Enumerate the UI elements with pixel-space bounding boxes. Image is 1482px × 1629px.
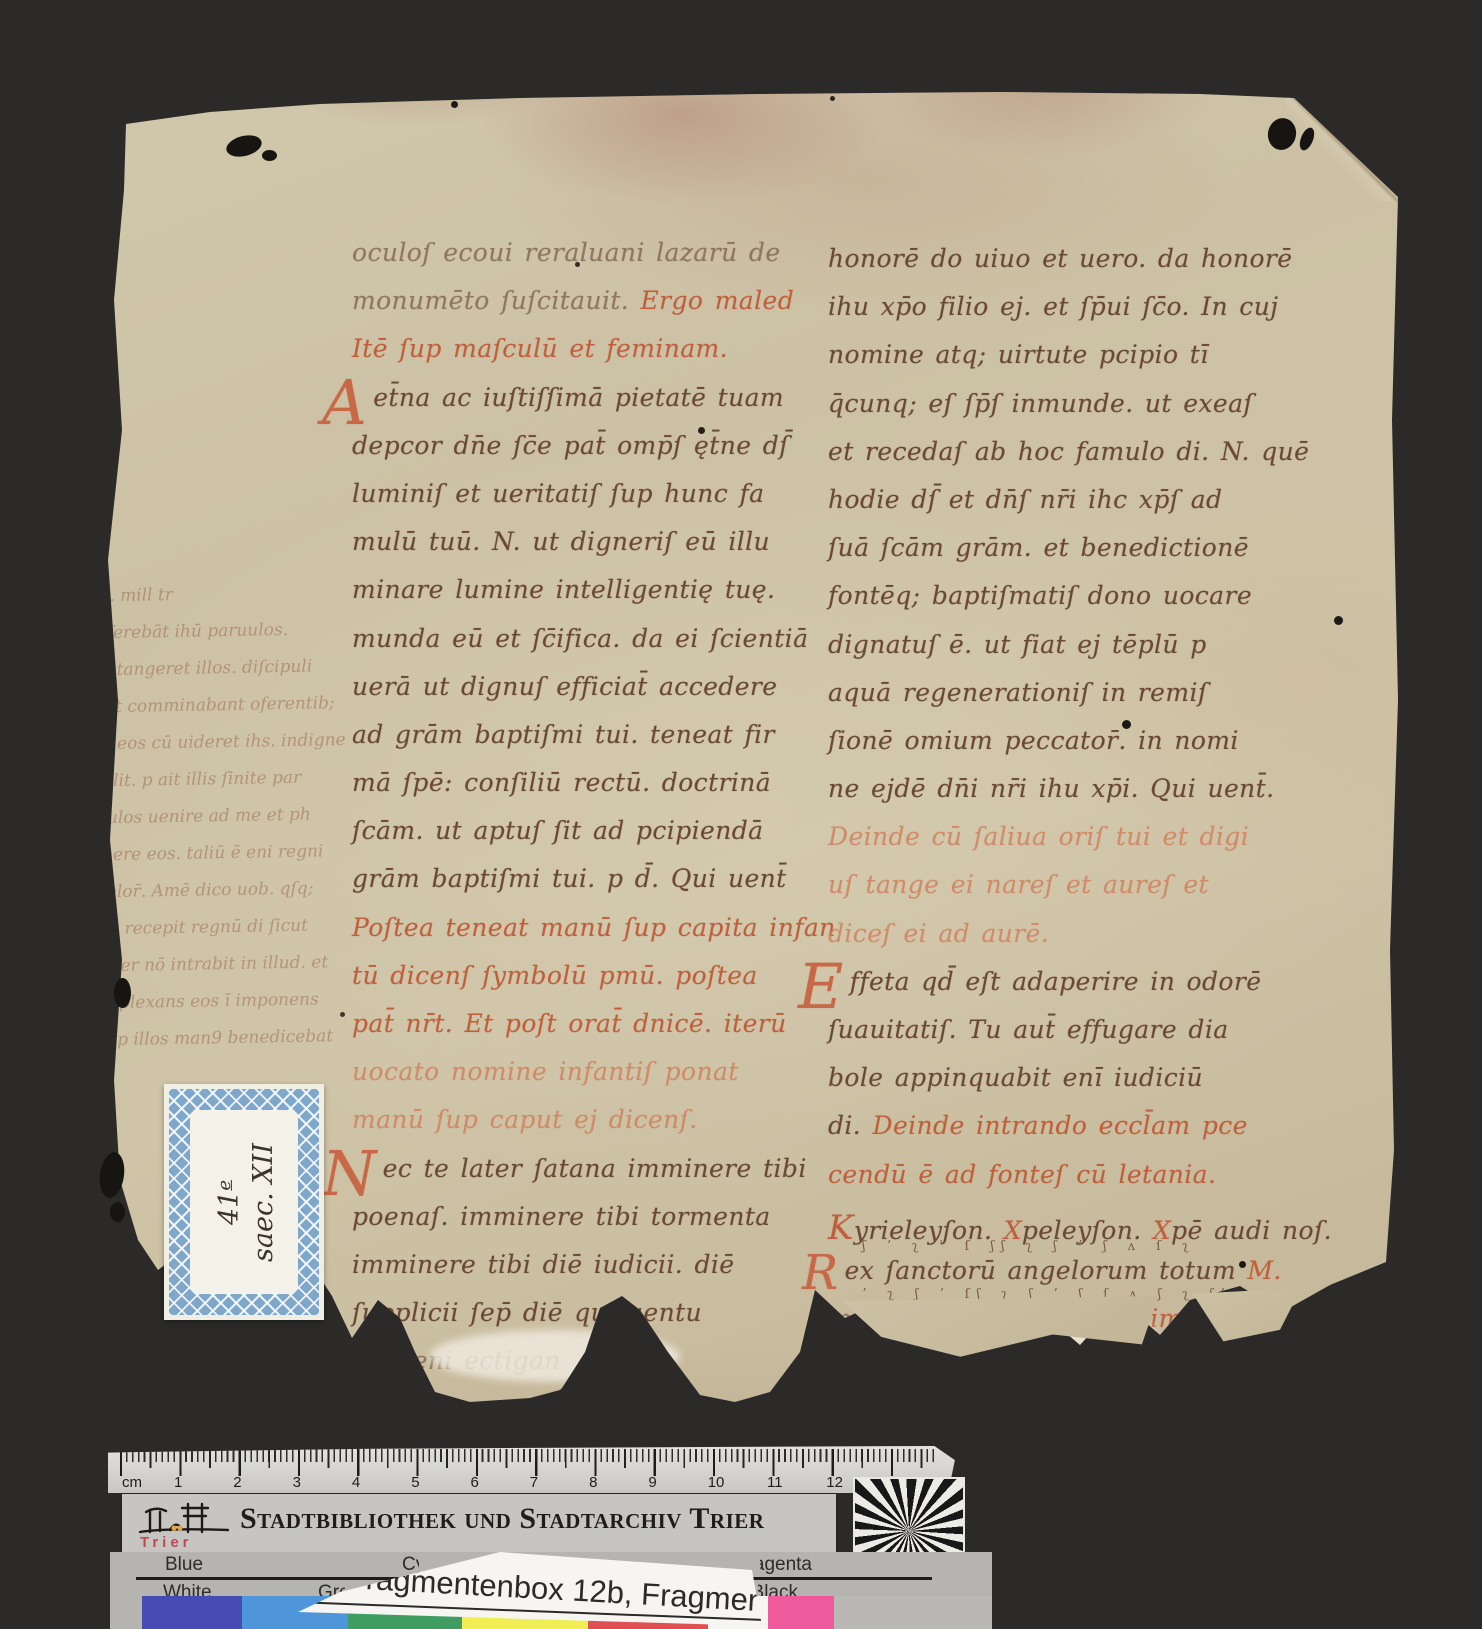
cc-word-blue: Blue bbox=[165, 1554, 203, 1576]
margin-line: tulit. p ait illis ſinite par bbox=[95, 759, 366, 801]
manuscript-text-span: dignatuſ ē. ut fiat ej tēplū p bbox=[828, 630, 1207, 659]
manuscript-text-span: uſ tange ei nareſ et aureſ et bbox=[828, 870, 1209, 899]
manuscript-text-span: pat̄ nr̄t. Et poſt orat̄ dnicē. iterū bbox=[352, 1009, 787, 1038]
rubricated-initial: A bbox=[322, 388, 367, 418]
manuscript-text-span: oculoſ ecoui reraluani lazarū de bbox=[352, 238, 781, 267]
margin-line: cōplexans eos ī imponens bbox=[99, 981, 370, 1023]
manuscript-line: depcor dn̄e ſc̄e pat̄ omp̄ſ ęt̄ne dſ̄ bbox=[352, 431, 812, 479]
color-swatch bbox=[768, 1596, 834, 1629]
abrasion-patch bbox=[430, 1330, 680, 1382]
margin-line: ibere eos. taliū ē eni regni bbox=[96, 833, 367, 875]
ruler-unit-label: cm bbox=[122, 1474, 142, 1491]
manuscript-text-span: ſionē omium peccator̄. in nomi bbox=[828, 726, 1239, 755]
manuscript-text-span: ffeta qd̄ eſt adaperire in odorē bbox=[850, 967, 1262, 996]
manuscript-text-span: mā ſpē: conſiliū rectū. doctrinā bbox=[352, 768, 771, 797]
manuscript-text-span: et̄na ac iuſtiſſimā pietatē tuam bbox=[373, 383, 784, 412]
library-logo-icon bbox=[136, 1498, 232, 1538]
parchment-fragment: ſil. mill trOferebāt ihū paruulos.ut tan… bbox=[0, 0, 1482, 1629]
manuscript-text-span: Itē ſup maſculū et feminam. bbox=[352, 334, 728, 363]
manuscript-text-span: Deinde cū ſaliua oriſ tui et digi bbox=[828, 822, 1249, 851]
cc-word-cyan: Cyan bbox=[402, 1554, 419, 1576]
scale-ruler: cm 12345678910111213 bbox=[108, 1446, 960, 1493]
ruler-ticks bbox=[120, 1449, 934, 1462]
manuscript-line: grām baptiſmi tui. p d̄. Qui uent̄ bbox=[352, 864, 812, 912]
ink-blob bbox=[110, 1202, 125, 1222]
manuscript-line: et recedaſ ab hoc famulo di. N. quē bbox=[828, 437, 1308, 485]
manuscript-line: cendū ē ad fonteſ cū letania. bbox=[828, 1160, 1308, 1208]
ruler-number: 7 bbox=[530, 1474, 538, 1491]
manuscript-text-span: poenaſ. imminere tibi tormenta bbox=[352, 1202, 771, 1231]
manuscript-line: manū ſup caput ej dicenſ. bbox=[352, 1105, 812, 1153]
manuscript-text-span: ſupplicii ſep̄ diē qui uentu bbox=[352, 1298, 702, 1327]
manuscript-line: diceſ ei ad aurē. bbox=[828, 919, 1308, 967]
ink-specks bbox=[0, 0, 5, 5]
manuscript-line: ihu xp̄o filio ej. et ſp̄ui ſc̄o. In cuj bbox=[828, 292, 1308, 340]
cc-word-magenta: Magenta bbox=[760, 1554, 812, 1576]
manuscript-line: mulū tuū. N. ut digneriſ eū illu bbox=[352, 527, 812, 575]
logo-trier-word: Trier bbox=[140, 1534, 193, 1551]
manuscript-line: uſ tange ei nareſ et aureſ et bbox=[828, 870, 1308, 918]
ruler-number: 1 bbox=[174, 1474, 182, 1491]
manuscript-line: ſcām. ut aptuſ ſit ad pcipiendā bbox=[352, 816, 812, 864]
manuscript-text-span: uerā ut dignuſ efficiat̄ accedere bbox=[352, 672, 777, 701]
manuscript-text-span: ec te later ſatana imminere tibi bbox=[383, 1154, 807, 1183]
ruler-number: 10 bbox=[708, 1474, 725, 1491]
manuscript-text-span: honorē do uiuo et uero. da honorē bbox=[828, 244, 1292, 273]
margin-line: cęlor̄. Amē dico uob. qſq; bbox=[97, 870, 368, 912]
torn-flap bbox=[835, 1296, 1165, 1358]
manuscript-line: pat̄ nr̄t. Et poſt orat̄ dnicē. iterū bbox=[352, 1009, 812, 1057]
manuscript-text-span: depcor dn̄e ſc̄e pat̄ omp̄ſ ęt̄ne dſ̄ bbox=[352, 431, 789, 460]
manuscript-line: Aet̄na ac iuſtiſſimā pietatē tuam bbox=[352, 383, 812, 431]
library-title: Stadtbibliothek und Stadtarchiv Trier bbox=[240, 1502, 826, 1536]
rubricated-initial: E bbox=[798, 972, 844, 1002]
margin-line: at eos cū uideret ihs. indigne bbox=[94, 722, 365, 764]
manuscript-line: oculoſ ecoui reraluani lazarū de bbox=[352, 238, 812, 286]
ruler-number: 4 bbox=[352, 1474, 360, 1491]
manuscript-text-span: K bbox=[828, 1208, 854, 1248]
manuscript-line: Deinde cū ſaliua oriſ tui et digi bbox=[828, 822, 1308, 870]
rubricated-initial: N bbox=[322, 1159, 377, 1189]
margin-line: nō recepit regnū di ſicut bbox=[98, 907, 369, 949]
manuscript-line: ad grām baptiſmi tui. teneat fir bbox=[352, 720, 812, 768]
margin-line: Oferebāt ihū paruulos. bbox=[92, 611, 363, 653]
manuscript-line: bole appinquabit enī iudiciū bbox=[828, 1063, 1308, 1111]
manuscript-text-span: ſuā ſcām grām. et benedictionē bbox=[828, 533, 1249, 562]
color-swatch bbox=[142, 1596, 242, 1629]
manuscript-text-span: ihu xp̄o filio ej. et ſp̄ui ſc̄o. In cuj bbox=[828, 292, 1278, 321]
photo-of-manuscript-fragment: ſil. mill trOferebāt ihū paruulos.ut tan… bbox=[0, 0, 1482, 1629]
manuscript-text-span: monumēto ſuſcitauit. bbox=[352, 286, 641, 315]
manuscript-line: Nec te later ſatana imminere tibi bbox=[352, 1154, 812, 1202]
margin-line: ſil. mill tr bbox=[92, 574, 363, 616]
manuscript-line: ne ejdē dn̄i nr̄i ihu xp̄i. Qui uent̄. bbox=[828, 774, 1308, 822]
manuscript-text-span: ad grām baptiſmi tui. teneat fir bbox=[352, 720, 775, 749]
manuscript-line: honorē do uiuo et uero. da honorē bbox=[828, 244, 1308, 292]
manuscript-text-span: ſcām. ut aptuſ ſit ad pcipiendā bbox=[352, 816, 763, 845]
torn-flap bbox=[1188, 1288, 1306, 1346]
ruler-number: 3 bbox=[293, 1474, 301, 1491]
manuscript-text-span: grām baptiſmi tui. p d̄. Qui uent̄ bbox=[352, 864, 787, 893]
manuscript-line: dignatuſ ē. ut fiat ej tēplū p bbox=[828, 630, 1308, 678]
manuscript-text-span: aquā regenerationiſ in remiſ bbox=[828, 678, 1208, 707]
margin-annotation: ſil. mill trOferebāt ihū paruulos.ut tan… bbox=[92, 574, 370, 1060]
manuscript-line: uerā ut dignuſ efficiat̄ accedere bbox=[352, 672, 812, 720]
manuscript-text-span: bole appinquabit enī iudiciū bbox=[828, 1063, 1203, 1092]
manuscript-line: Itē ſup maſculū et feminam. bbox=[352, 334, 812, 382]
manuscript-line: ſionē omium peccator̄. in nomi bbox=[828, 726, 1308, 774]
color-swatch bbox=[834, 1596, 992, 1629]
margin-line: ſup illos man9 benedicebat bbox=[100, 1018, 371, 1060]
margin-line: ut tangeret illos. diſcipuli bbox=[93, 648, 364, 690]
rubricated-initial: R bbox=[802, 1258, 839, 1288]
manuscript-text-span: hodie dſ̄ et dn̄ſ nr̄i ihc xp̄ſ ad bbox=[828, 485, 1222, 514]
margin-line: puer nō intrabit in illud. et bbox=[98, 944, 369, 986]
manuscript-text-span: ex ſanctorū angelorum totum bbox=[845, 1256, 1237, 1285]
ruler-number: 6 bbox=[471, 1474, 479, 1491]
ruler-number: 8 bbox=[589, 1474, 597, 1491]
manuscript-line: Poſtea teneat manū ſup capita infan bbox=[352, 913, 812, 961]
manuscript-text-span: et recedaſ ab hoc famulo di. N. quē bbox=[828, 437, 1309, 466]
manuscript-text-span: cendū ē ad fonteſ cū letania. bbox=[828, 1160, 1216, 1189]
manuscript-line: minare lumine intelligentię tuę. bbox=[352, 575, 812, 623]
manuscript-text-span: Deinde intrando eccl̄am pce bbox=[873, 1111, 1248, 1140]
manuscript-text-span: q̄cunq; eſ ſp̄ſ inmunde. ut exeaſ bbox=[828, 389, 1253, 418]
manuscript-line: di. Deinde intrando eccl̄am pce bbox=[828, 1111, 1308, 1159]
manuscript-text-span: uocato nomine infantiſ ponat bbox=[352, 1057, 739, 1086]
manuscript-text-span: M. bbox=[1236, 1256, 1282, 1285]
manuscript-text-span: mulū tuū. N. ut digneriſ eū illu bbox=[352, 527, 770, 556]
manuscript-line: poenaſ. imminere tibi tormenta bbox=[352, 1202, 812, 1250]
manuscript-text-span: Poſtea teneat manū ſup capita infan bbox=[352, 913, 836, 942]
ruler-number: 11 bbox=[767, 1474, 783, 1491]
manuscript-line: mā ſpē: conſiliū rectū. doctrinā bbox=[352, 768, 812, 816]
manuscript-line: monumēto ſuſcitauit. Ergo maled bbox=[352, 286, 812, 334]
manuscript-column-right: honorē do uiuo et uero. da honorēihu xp̄… bbox=[828, 244, 1308, 1352]
shelfmark-suffix: e bbox=[214, 1180, 235, 1191]
manuscript-line: aquā regenerationiſ in remiſ bbox=[828, 678, 1308, 726]
shelfmark-era: saec. XII bbox=[248, 1143, 279, 1262]
manuscript-line: q̄cunq; eſ ſp̄ſ inmunde. ut exeaſ bbox=[828, 389, 1308, 437]
archival-sticker: 41e saec. XII bbox=[164, 1084, 324, 1320]
manuscript-text-span: minare lumine intelligentię tuę. bbox=[352, 575, 775, 604]
manuscript-text-span: tū dicenſ ſymbolū pmū. poſtea bbox=[352, 961, 758, 990]
manuscript-text-span: Ergo maled bbox=[641, 286, 795, 315]
color-swatch bbox=[110, 1596, 142, 1629]
musical-neumes: ʃ ʼ ʅ ʾ ſ ʃʃ ʅ ʃ ʼ ʃ ʌ ſ ʅ bbox=[862, 1239, 1195, 1254]
ruler-number: 5 bbox=[411, 1474, 419, 1491]
manuscript-line: tū dicenſ ſymbolū pmū. poſtea bbox=[352, 961, 812, 1009]
library-label: Trier Stadtbibliothek und Stadtarchiv Tr… bbox=[122, 1494, 836, 1554]
sticker-center: 41e saec. XII bbox=[190, 1110, 298, 1294]
ruler-number: 12 bbox=[826, 1474, 843, 1491]
manuscript-line: uocato nomine infantiſ ponat bbox=[352, 1057, 812, 1105]
manuscript-text-span: imminere tibi diē iudicii. diē bbox=[352, 1250, 735, 1279]
manuscript-line: ſuauitatiſ. Tu aut̄ effugare dia bbox=[828, 1015, 1308, 1063]
manuscript-column-left: oculoſ ecoui reraluani lazarū demonumēto… bbox=[352, 238, 812, 1395]
manuscript-line: imminere tibi diē iudicii. diē bbox=[352, 1250, 812, 1298]
manuscript-text-span: diceſ ei ad aurē. bbox=[828, 919, 1049, 948]
manuscript-line: ſuā ſcām grām. et benedictionē bbox=[828, 533, 1308, 581]
manuscript-text-span: luminiſ et ueritatiſ ſup hunc fa bbox=[352, 479, 764, 508]
manuscript-text-span: manū ſup caput ej dicenſ. bbox=[352, 1105, 698, 1134]
ink-blob bbox=[262, 150, 277, 161]
margin-line: aūt comminabant oferentib; bbox=[94, 685, 365, 727]
manuscript-line: munda eū et ſc̄ifica. da ei ſcientiā bbox=[352, 624, 812, 672]
ink-blob bbox=[114, 978, 131, 1008]
margin-line: uulos uenire ad me et ph bbox=[96, 796, 367, 838]
manuscript-text-span: di. bbox=[828, 1111, 873, 1140]
shelfmark-number: 41 bbox=[214, 1190, 245, 1224]
ruler-number: 9 bbox=[648, 1474, 656, 1491]
manuscript-text-span: munda eū et ſc̄ifica. da ei ſcientiā bbox=[352, 624, 808, 653]
ruler-number: 2 bbox=[233, 1474, 241, 1491]
manuscript-line: fontēq; baptiſmatiſ dono uocare bbox=[828, 581, 1308, 629]
manuscript-line: nomine atq; uirtute pcipio tī bbox=[828, 340, 1308, 388]
manuscript-text-span: ſuauitatiſ. Tu aut̄ effugare dia bbox=[828, 1015, 1229, 1044]
manuscript-line: luminiſ et ueritatiſ ſup hunc fa bbox=[352, 479, 812, 527]
shelfmark-handwriting: 41e saec. XII bbox=[208, 1143, 281, 1262]
manuscript-text-span: ne ejdē dn̄i nr̄i ihu xp̄i. Qui uent̄. bbox=[828, 774, 1274, 803]
manuscript-line: Effeta qd̄ eſt adaperire in odorē bbox=[828, 967, 1308, 1015]
manuscript-text-span: fontēq; baptiſmatiſ dono uocare bbox=[828, 581, 1252, 610]
manuscript-text-span: nomine atq; uirtute pcipio tī bbox=[828, 340, 1209, 369]
manuscript-line: hodie dſ̄ et dn̄ſ nr̄i ihc xp̄ſ ad bbox=[828, 485, 1308, 533]
